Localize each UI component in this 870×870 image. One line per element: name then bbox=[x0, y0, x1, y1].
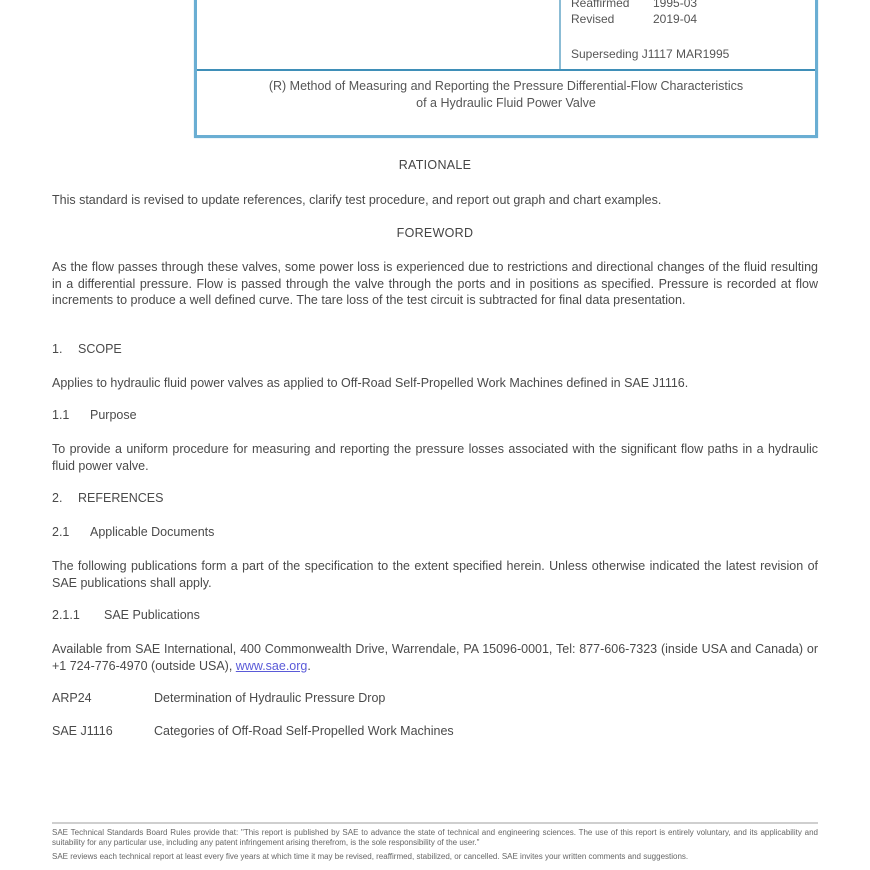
section-title: SCOPE bbox=[78, 342, 122, 356]
meta-label: Revised bbox=[571, 12, 653, 26]
meta-value: 2019-04 bbox=[653, 12, 697, 26]
reference-item: SAE J1116 Categories of Off-Road Self-Pr… bbox=[52, 724, 454, 738]
section-number: 2.1 bbox=[52, 525, 90, 539]
meta-value: 1995-03 bbox=[653, 0, 697, 10]
title-line-1: (R) Method of Measuring and Reporting th… bbox=[197, 78, 815, 95]
availability-text: Available from SAE International, 400 Co… bbox=[52, 642, 818, 673]
footer-disclaimer-1: SAE Technical Standards Board Rules prov… bbox=[52, 828, 818, 847]
scope-text: Applies to hydraulic fluid power valves … bbox=[52, 375, 818, 392]
document-page: Reaffirmed 1995-03 Revised 2019-04 Super… bbox=[0, 0, 870, 870]
header-box: Reaffirmed 1995-03 Revised 2019-04 Super… bbox=[194, 0, 818, 138]
availability-end: . bbox=[307, 659, 310, 673]
section-scope-heading: 1. SCOPE bbox=[52, 342, 122, 356]
header-column-divider bbox=[559, 0, 561, 71]
header-divider bbox=[197, 69, 815, 71]
section-sae-publications-heading: 2.1.1 SAE Publications bbox=[52, 608, 200, 622]
header-metadata: Reaffirmed 1995-03 Revised 2019-04 Super… bbox=[571, 0, 811, 71]
rationale-text: This standard is revised to update refer… bbox=[52, 192, 818, 209]
document-title: (R) Method of Measuring and Reporting th… bbox=[197, 78, 815, 112]
meta-reaffirmed: Reaffirmed 1995-03 bbox=[571, 0, 697, 10]
foreword-text: As the flow passes through these valves,… bbox=[52, 259, 818, 309]
sae-availability-text: Available from SAE International, 400 Co… bbox=[52, 641, 818, 674]
purpose-text: To provide a uniform procedure for measu… bbox=[52, 441, 818, 474]
rationale-heading: RATIONALE bbox=[0, 158, 870, 172]
section-applicable-documents-heading: 2.1 Applicable Documents bbox=[52, 525, 214, 539]
section-number: 2. bbox=[52, 491, 78, 505]
reference-item: ARP24 Determination of Hydraulic Pressur… bbox=[52, 691, 385, 705]
meta-label: Reaffirmed bbox=[571, 0, 653, 10]
footer-divider bbox=[52, 822, 818, 824]
reference-title: Determination of Hydraulic Pressure Drop bbox=[154, 691, 385, 705]
section-title: SAE Publications bbox=[104, 608, 200, 622]
meta-revised: Revised 2019-04 bbox=[571, 12, 697, 26]
section-number: 1. bbox=[52, 342, 78, 356]
title-line-2: of a Hydraulic Fluid Power Valve bbox=[197, 95, 815, 112]
section-number: 2.1.1 bbox=[52, 608, 104, 622]
section-references-heading: 2. REFERENCES bbox=[52, 491, 163, 505]
section-title: REFERENCES bbox=[78, 491, 163, 505]
superseding-note: Superseding J1117 MAR1995 bbox=[571, 47, 729, 61]
reference-code: SAE J1116 bbox=[52, 724, 154, 738]
sae-website-link[interactable]: www.sae.org bbox=[236, 659, 308, 673]
foreword-heading: FOREWORD bbox=[0, 226, 870, 240]
reference-code: ARP24 bbox=[52, 691, 154, 705]
section-title: Purpose bbox=[90, 408, 137, 422]
footer-disclaimer-2: SAE reviews each technical report at lea… bbox=[52, 852, 818, 862]
applicable-documents-text: The following publications form a part o… bbox=[52, 558, 818, 591]
reference-title: Categories of Off-Road Self-Propelled Wo… bbox=[154, 724, 454, 738]
section-purpose-heading: 1.1 Purpose bbox=[52, 408, 137, 422]
section-title: Applicable Documents bbox=[90, 525, 214, 539]
section-number: 1.1 bbox=[52, 408, 90, 422]
